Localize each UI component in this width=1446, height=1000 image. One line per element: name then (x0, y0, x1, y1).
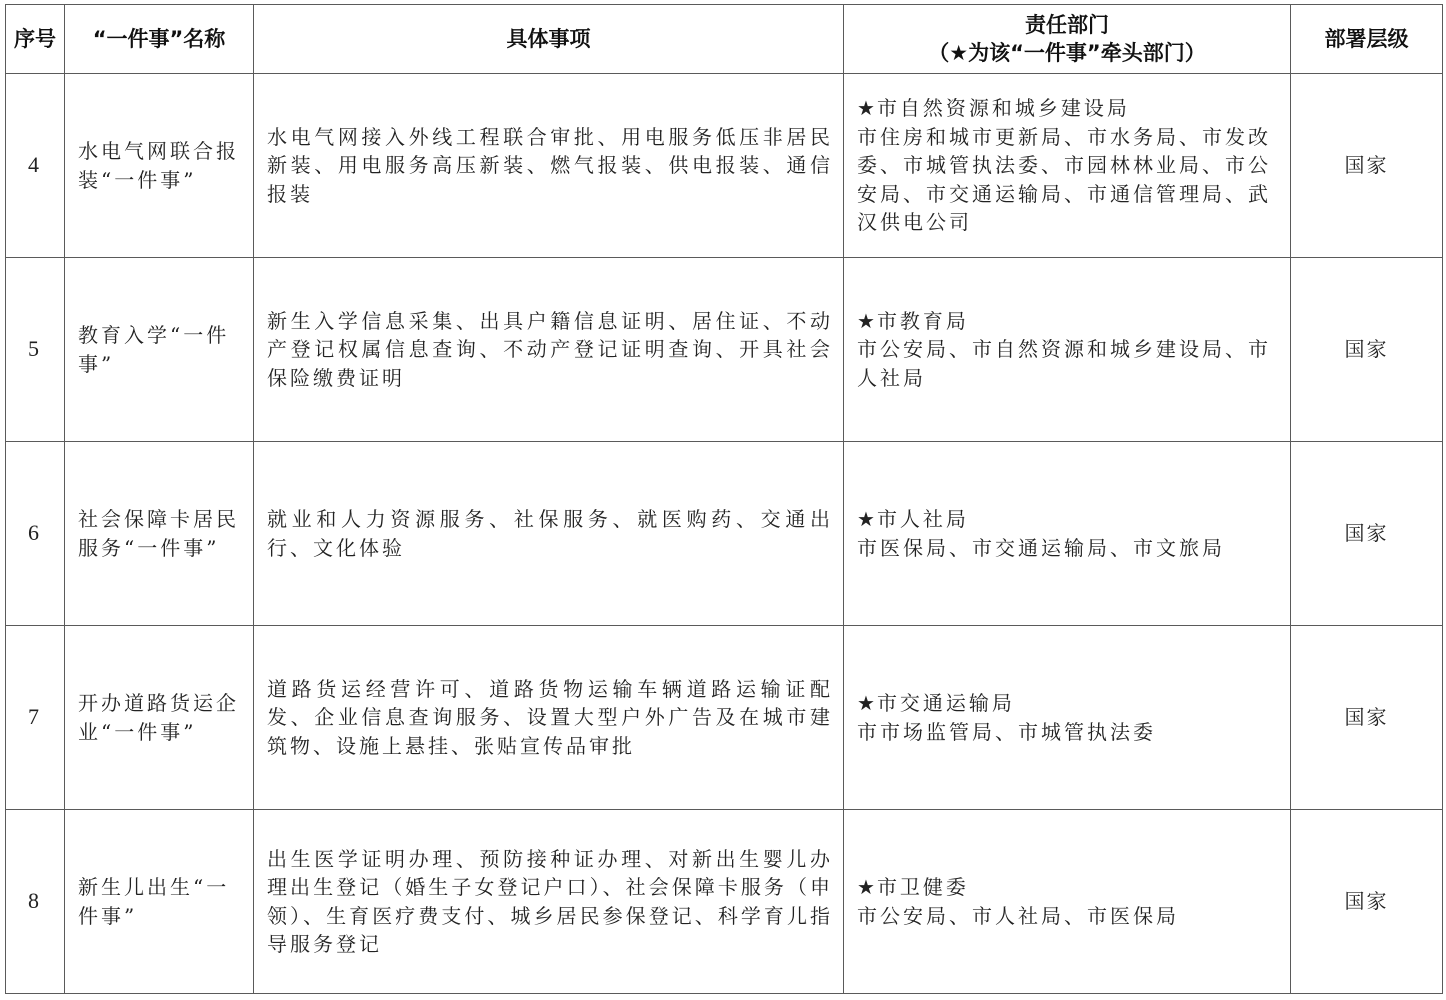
lead-department: ★市自然资源和城乡建设局 (857, 94, 1280, 123)
other-departments: 市市场监管局、市城管执法委 (857, 718, 1280, 747)
row-serial-number: 7 (6, 626, 65, 810)
star-icon: ★ (857, 309, 875, 333)
lead-department: ★市人社局 (857, 505, 1280, 534)
star-icon: ★ (857, 96, 875, 120)
row-deployment-level: 国家 (1291, 258, 1443, 442)
table-row: 4 水电气网联合报装“一件事” 水电气网接入外线工程联合审批、用电服务低压非居民… (6, 74, 1443, 258)
row-responsible-departments: ★市卫健委 市公安局、市人社局、市医保局 (844, 810, 1291, 994)
row-item-name: 水电气网联合报装“一件事” (65, 74, 254, 258)
header-dept-note: （★为该“一件事”牵头部门） (844, 39, 1290, 67)
star-icon: ★ (857, 691, 875, 715)
row-serial-number: 5 (6, 258, 65, 442)
row-serial-number: 6 (6, 442, 65, 626)
other-departments: 市公安局、市自然资源和城乡建设局、市人社局 (857, 335, 1280, 392)
star-icon: ★ (857, 875, 875, 899)
table-row: 8 新生儿出生“一件事” 出生医学证明办理、预防接种证办理、对新出生婴儿办理出生… (6, 810, 1443, 994)
table-header-row: 序号 “一件事”名称 具体事项 责任部门 （★为该“一件事”牵头部门） 部署层级 (6, 5, 1443, 74)
row-responsible-departments: ★市教育局 市公安局、市自然资源和城乡建设局、市人社局 (844, 258, 1291, 442)
header-item-name: “一件事”名称 (65, 5, 254, 74)
row-deployment-level: 国家 (1291, 810, 1443, 994)
header-deployment-level: 部署层级 (1291, 5, 1443, 74)
lead-department-name: 市交通运输局 (877, 691, 1015, 715)
row-item-name: 教育入学“一件事” (65, 258, 254, 442)
one-thing-services-table: 序号 “一件事”名称 具体事项 责任部门 （★为该“一件事”牵头部门） 部署层级… (5, 4, 1443, 994)
lead-department-name: 市自然资源和城乡建设局 (877, 96, 1130, 120)
row-item-name: 新生儿出生“一件事” (65, 810, 254, 994)
row-responsible-departments: ★市人社局 市医保局、市交通运输局、市文旅局 (844, 442, 1291, 626)
row-responsible-departments: ★市交通运输局 市市场监管局、市城管执法委 (844, 626, 1291, 810)
row-deployment-level: 国家 (1291, 442, 1443, 626)
other-departments: 市医保局、市交通运输局、市文旅局 (857, 534, 1280, 563)
row-specific-matters: 道路货运经营许可、道路货物运输车辆道路运输证配发、企业信息查询服务、设置大型户外… (254, 626, 844, 810)
other-departments: 市公安局、市人社局、市医保局 (857, 902, 1280, 931)
row-deployment-level: 国家 (1291, 74, 1443, 258)
lead-department-name: 市教育局 (877, 309, 969, 333)
row-responsible-departments: ★市自然资源和城乡建设局 市住房和城市更新局、市水务局、市发改委、市城管执法委、… (844, 74, 1291, 258)
lead-department-name: 市卫健委 (877, 875, 969, 899)
table-row: 6 社会保障卡居民服务“一件事” 就业和人力资源服务、社保服务、就医购药、交通出… (6, 442, 1443, 626)
header-dept-title: 责任部门 (844, 11, 1290, 39)
header-responsible-departments: 责任部门 （★为该“一件事”牵头部门） (844, 5, 1291, 74)
row-specific-matters: 就业和人力资源服务、社保服务、就医购药、交通出行、文化体验 (254, 442, 844, 626)
row-specific-matters: 水电气网接入外线工程联合审批、用电服务低压非居民新装、用电服务高压新装、燃气报装… (254, 74, 844, 258)
lead-department: ★市教育局 (857, 307, 1280, 336)
header-serial-number: 序号 (6, 5, 65, 74)
other-departments: 市住房和城市更新局、市水务局、市发改委、市城管执法委、市园林林业局、市公安局、市… (857, 123, 1280, 237)
header-specific-matters: 具体事项 (254, 5, 844, 74)
row-item-name: 开办道路货运企业“一件事” (65, 626, 254, 810)
row-item-name: 社会保障卡居民服务“一件事” (65, 442, 254, 626)
row-specific-matters: 出生医学证明办理、预防接种证办理、对新出生婴儿办理出生登记（婚生子女登记户口）、… (254, 810, 844, 994)
star-icon: ★ (857, 507, 875, 531)
table-row: 5 教育入学“一件事” 新生入学信息采集、出具户籍信息证明、居住证、不动产登记权… (6, 258, 1443, 442)
table-row: 7 开办道路货运企业“一件事” 道路货运经营许可、道路货物运输车辆道路运输证配发… (6, 626, 1443, 810)
lead-department-name: 市人社局 (877, 507, 969, 531)
row-deployment-level: 国家 (1291, 626, 1443, 810)
row-serial-number: 4 (6, 74, 65, 258)
lead-department: ★市卫健委 (857, 873, 1280, 902)
row-specific-matters: 新生入学信息采集、出具户籍信息证明、居住证、不动产登记权属信息查询、不动产登记证… (254, 258, 844, 442)
lead-department: ★市交通运输局 (857, 689, 1280, 718)
row-serial-number: 8 (6, 810, 65, 994)
